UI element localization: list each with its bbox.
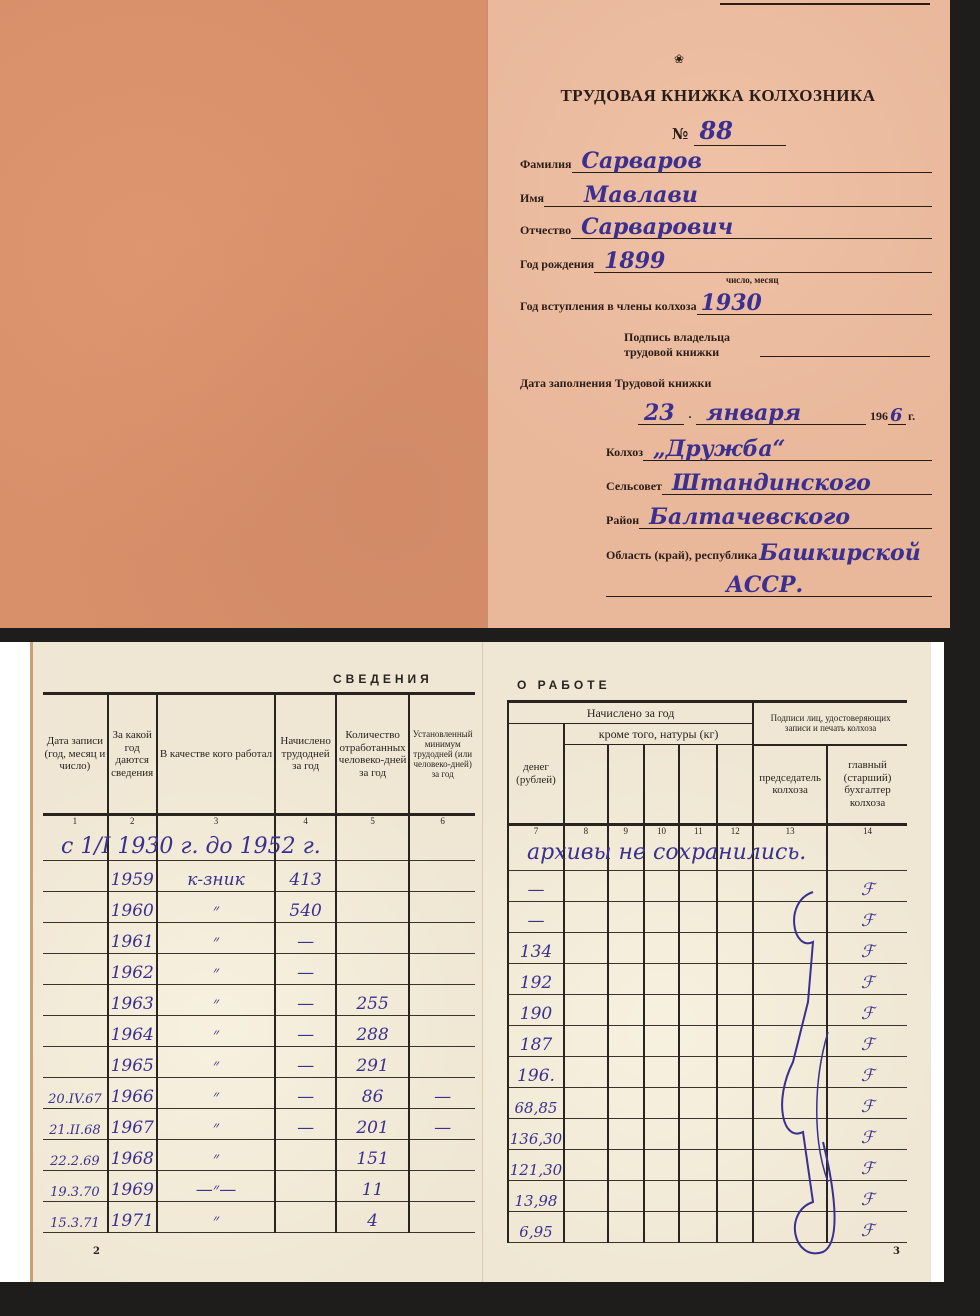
header-in-kind-col [608,745,644,825]
scan-margin-right [930,642,944,1282]
work-records-left-page: СВЕДЕНИЯ Дата записи (год, месяц и число… [30,642,485,1282]
region-value: Башкирской [759,540,921,566]
column-number: 6 [409,815,475,831]
owner-signature-line [760,356,930,357]
header-minimum: Установленный минимум трудодней (или чел… [409,694,475,815]
fill-date-year-suffix: 6 [890,405,903,426]
district-field: Район Балтачевского [606,504,932,529]
column-number: 5 [336,815,410,831]
header-in-kind-col [644,745,680,825]
birth-year-label: Год рождения [520,257,594,273]
patronymic-label: Отчество [520,223,571,239]
patronymic-value: Сарварович [581,214,733,240]
column-number: 12 [717,825,753,841]
fill-date-label: Дата заполнения Трудовой книжки [520,376,711,391]
work-records-right-page: О РАБОТЕ Начислено за год Подписи лиц, у… [482,642,931,1282]
first-row-note-right: архивы не сохранились. [527,840,806,865]
birth-year-field: Год рождения 1899 [520,248,932,273]
surname-label: Фамилия [520,157,572,173]
top-edge-line [720,0,930,5]
header-in-kind-col [679,745,717,825]
table-row: 15.3.711971״4 [43,1202,475,1233]
surname-field: Фамилия Сарваров [520,148,932,173]
column-number: 14 [827,825,907,841]
kolkhoz-label: Колхоз [606,445,643,461]
village-council-value: Штандинского [672,470,871,496]
village-council-label: Сельсовет [606,479,662,495]
header-accrued-group: Начислено за год [508,702,753,724]
table-row: 1961״— [43,923,475,954]
birth-year-sublabel: число, месяц [726,275,779,285]
header-workdays: Начислено трудодней за год [275,694,335,815]
column-number: 1 [43,815,108,831]
table-row: 1960״540 [43,892,475,923]
number-label: № [672,125,688,143]
table-row: 1963״—255 [43,985,475,1016]
header-in-kind-col [717,745,753,825]
column-number: 7 [508,825,564,841]
join-year-label: Год вступления в члены колхоза [520,299,697,315]
chairman-signature-icon [773,882,853,1262]
kolkhoz-value: „Дружба“ [653,436,785,462]
header-chairman: председатель колхоза [753,745,827,825]
header-mandays: Количество отработанных человеко-дней за… [336,694,410,815]
number-value: 88 [694,116,786,146]
column-number: 10 [644,825,680,841]
table-row: 1965״—291 [43,1047,475,1078]
page-number-left: 2 [93,1246,100,1257]
patronymic-field: Отчество Сарварович [520,214,932,239]
first-row-note-left: с 1/I 1930 г. до 1952 г. [61,834,321,859]
header-accountant: главный (старший) бухгалтер колхоза [827,745,907,825]
column-number: 2 [108,815,157,831]
title-page: ❀ ТРУДОВАЯ КНИЖКА КОЛХОЗНИКА № 88 Фамили… [486,0,950,628]
table-row: 22.2.691968״151 [43,1140,475,1171]
header-in-kind-col [564,745,608,825]
column-number: 3 [157,815,276,831]
region-label: Область (край), республика [606,548,757,564]
region-continuation-value: АССР. [726,572,803,598]
fill-date-field: 23 · января 196 6 г. [638,400,930,425]
fill-date-year-unit: г. [906,409,915,425]
header-year: За какой год даются сведения [108,694,157,815]
column-number: 13 [753,825,827,841]
birth-year-value: 1899 [604,248,665,274]
table-row: 1962״— [43,954,475,985]
work-records-table-left: Дата записи (год, месяц и число) За како… [43,692,475,1233]
join-year-value: 1930 [701,290,762,316]
district-label: Район [606,513,639,529]
table-row: 1964״—288 [43,1016,475,1047]
header-signatures-group: Подписи лиц, удостоверяющих записи и печ… [753,702,907,745]
village-council-field: Сельсовет Штандинского [606,470,932,495]
first-name-label: Имя [520,191,544,207]
table-row: 21.II.681967״—201— [43,1109,475,1140]
table-row: 1959к-зник413 [43,861,475,892]
page-title: ТРУДОВАЯ КНИЖКА КОЛХОЗНИКА [488,86,948,106]
region-field: Область (край), республика Башкирской [606,540,946,564]
right-page-title: О РАБОТЕ [517,678,611,692]
column-number: 4 [275,815,335,831]
first-name-field: Имя Мавлави [520,182,932,207]
left-page-title: СВЕДЕНИЯ [333,672,433,686]
header-in-kind-group: кроме того, натуры (кг) [564,724,753,745]
book-cover-inside [0,0,486,628]
scan-margin-left [0,642,30,1282]
column-number: 8 [564,825,608,841]
table-row: 20.IV.671966״—86— [43,1078,475,1109]
column-number: 11 [679,825,717,841]
book-number: № 88 [672,116,786,146]
kolkhoz-field: Колхоз „Дружба“ [606,436,932,461]
fill-date-year-prefix: 196 [866,409,888,425]
ornament-icon: ❀ [674,52,684,66]
table-row: 19.3.701969—״—11 [43,1171,475,1202]
district-value: Балтачевского [649,504,850,530]
header-money: денег (рублей) [508,724,564,825]
surname-value: Сарваров [582,148,702,174]
region-continuation-field: АССР. [606,572,932,597]
header-entry-date: Дата записи (год, месяц и число) [43,694,108,815]
join-year-field: Год вступления в члены колхоза 1930 [520,290,932,315]
page-number-right: 3 [893,1246,900,1257]
header-role: В качестве кого работал [157,694,276,815]
first-name-value: Мавлави [584,182,698,208]
column-number: 9 [608,825,644,841]
fill-date-day: 23 [644,400,675,426]
fill-date-month: января [706,400,801,426]
owner-signature-label: Подпись владельца трудовой книжки [624,330,730,360]
